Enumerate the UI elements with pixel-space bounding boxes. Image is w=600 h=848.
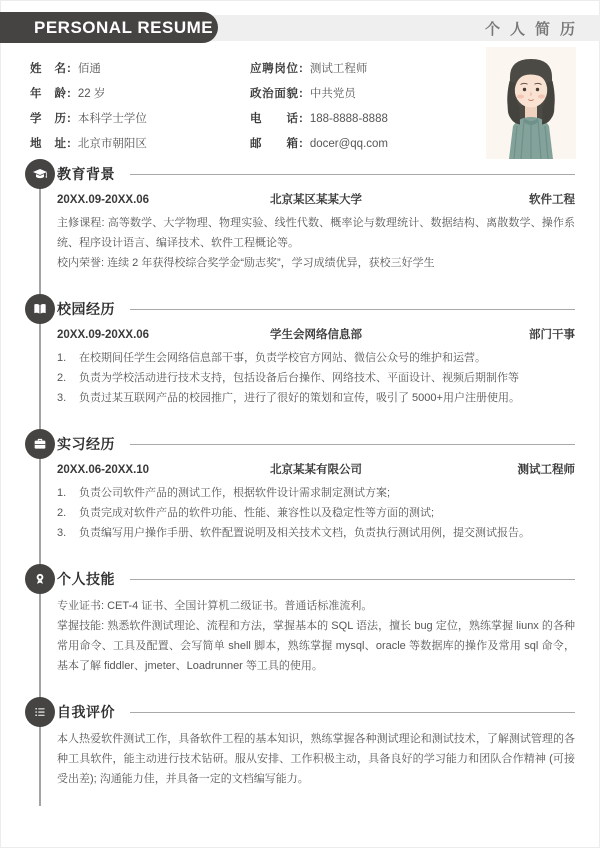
item-text: 负责完成对软件产品的软件功能、性能、兼容性以及稳定性等方面的测试; bbox=[79, 503, 575, 523]
section-internship: 实习经历 20XX.06-20XX.10 北京某某有限公司 测试工程师 1.负责… bbox=[57, 430, 575, 543]
section-rule bbox=[130, 174, 575, 175]
entry-date: 20XX.09-20XX.06 bbox=[57, 329, 270, 341]
section-header: 校园经历 bbox=[57, 295, 575, 323]
field-value: 本科学士学位 bbox=[78, 110, 147, 126]
field-label: 电话 bbox=[250, 110, 298, 126]
profile-field-age: 年龄: 22 岁 bbox=[30, 85, 240, 110]
list-item: 1.在校期间任学生会网络信息部干事，负责学校官方网站、微信公众号的维护和运营。 bbox=[57, 348, 575, 368]
education-honors: 校内荣誉: 连续 2 年获得校综合奖学金“励志奖”，学习成绩优异，获校三好学生 bbox=[57, 253, 575, 273]
list-item: 3.负责过某互联网产品的校园推广，进行了很好的策划和宣传，吸引了 5000+用户… bbox=[57, 388, 575, 408]
list-icon bbox=[25, 697, 55, 727]
profile-photo bbox=[486, 47, 576, 159]
header-title-en-text: PERSONAL RESUME bbox=[34, 18, 213, 38]
item-number: 3. bbox=[57, 523, 79, 543]
profile-field-name: 姓名: 佰通 bbox=[30, 60, 240, 85]
section-header: 自我评价 bbox=[57, 698, 575, 726]
entry-organization: 北京某某有限公司 bbox=[270, 461, 362, 477]
campus-entry: 20XX.09-20XX.06 学生会网络信息部 部门干事 bbox=[57, 326, 575, 346]
item-number: 2. bbox=[57, 368, 79, 388]
profile-field-phone: 电话: 188-8888-8888 bbox=[250, 110, 480, 135]
field-value: docer@qq.com bbox=[310, 138, 388, 150]
entry-date: 20XX.09-20XX.06 bbox=[57, 194, 270, 206]
field-value: 22 岁 bbox=[78, 85, 106, 101]
field-value: 北京市朝阳区 bbox=[78, 135, 147, 151]
profile-field-address: 地址: 北京市朝阳区 bbox=[30, 135, 240, 160]
education-courses: 主修课程: 高等数学、大学物理、物理实验、线性代数、概率论与数理统计、数据结构、… bbox=[57, 213, 575, 253]
campus-duty-list: 1.在校期间任学生会网络信息部干事，负责学校官方网站、微信公众号的维护和运营。 … bbox=[57, 348, 575, 408]
entry-date: 20XX.06-20XX.10 bbox=[57, 464, 270, 476]
field-value: 中共党员 bbox=[310, 85, 356, 101]
section-title: 个人技能 bbox=[57, 569, 115, 589]
profile-field-position: 应聘岗位: 测试工程师 bbox=[250, 60, 480, 85]
section-title: 校园经历 bbox=[57, 299, 115, 319]
field-label: 姓名 bbox=[30, 60, 66, 76]
section-education: 教育背景 20XX.09-20XX.06 北京某区某某大学 软件工程 主修课程:… bbox=[57, 160, 575, 273]
section-header: 个人技能 bbox=[57, 565, 575, 593]
profile-field-political-status: 政治面貌: 中共党员 bbox=[250, 85, 480, 110]
item-number: 1. bbox=[57, 483, 79, 503]
field-colon: : bbox=[299, 138, 303, 150]
field-colon: : bbox=[67, 63, 71, 75]
item-text: 负责为学校活动进行技术支持，包括设备后台操作、网络技术、平面设计、视频后期制作等 bbox=[79, 368, 575, 388]
field-label: 政治面貌 bbox=[250, 85, 298, 101]
field-label: 应聘岗位 bbox=[250, 60, 298, 76]
header-title-en: PERSONAL RESUME bbox=[0, 12, 218, 43]
profile-field-email: 邮箱: docer@qq.com bbox=[250, 135, 480, 160]
list-item: 2.负责为学校活动进行技术支持，包括设备后台操作、网络技术、平面设计、视频后期制… bbox=[57, 368, 575, 388]
medal-icon bbox=[25, 564, 55, 594]
header-title-zh: 个人简历 bbox=[485, 15, 585, 41]
item-number: 3. bbox=[57, 388, 79, 408]
item-number: 2. bbox=[57, 503, 79, 523]
entry-role: 软件工程 bbox=[362, 191, 575, 207]
section-rule bbox=[130, 309, 575, 310]
item-text: 在校期间任学生会网络信息部干事，负责学校官方网站、微信公众号的维护和运营。 bbox=[79, 348, 575, 368]
field-colon: : bbox=[299, 88, 303, 100]
item-text: 负责过某互联网产品的校园推广，进行了很好的策划和宣传，吸引了 5000+用户注册… bbox=[79, 388, 575, 408]
entry-role: 部门干事 bbox=[362, 326, 575, 342]
field-colon: : bbox=[67, 138, 71, 150]
profile-column-left: 姓名: 佰通 年龄: 22 岁 学历: 本科学士学位 地址: 北京市朝阳区 bbox=[30, 60, 240, 160]
graduation-cap-icon bbox=[25, 159, 55, 189]
section-header: 实习经历 bbox=[57, 430, 575, 458]
field-label: 地址 bbox=[30, 135, 66, 151]
field-label: 年龄 bbox=[30, 85, 66, 101]
item-text: 负责编写用户操作手册、软件配置说明及相关技术文档，负责执行测试用例，提交测试报告… bbox=[79, 523, 575, 543]
field-colon: : bbox=[299, 113, 303, 125]
field-label: 学历 bbox=[30, 110, 66, 126]
section-rule bbox=[130, 444, 575, 445]
section-rule bbox=[130, 579, 575, 580]
list-item: 2.负责完成对软件产品的软件功能、性能、兼容性以及稳定性等方面的测试; bbox=[57, 503, 575, 523]
section-rule bbox=[130, 712, 575, 713]
profile-field-education: 学历: 本科学士学位 bbox=[30, 110, 240, 135]
education-entry: 20XX.09-20XX.06 北京某区某某大学 软件工程 bbox=[57, 191, 575, 211]
section-self-evaluation: 自我评价 本人热爱软件测试工作，具备软件工程的基本知识，熟练掌握各种测试理论和测… bbox=[57, 698, 575, 789]
list-item: 1.负责公司软件产品的测试工作，根据软件设计需求制定测试方案; bbox=[57, 483, 575, 503]
skills-certificates: 专业证书: CET-4 证书、全国计算机二级证书。普通话标准流利。 bbox=[57, 596, 575, 616]
item-text: 负责公司软件产品的测试工作，根据软件设计需求制定测试方案; bbox=[79, 483, 575, 503]
list-item: 3.负责编写用户操作手册、软件配置说明及相关技术文档，负责执行测试用例，提交测试… bbox=[57, 523, 575, 543]
entry-organization: 北京某区某某大学 bbox=[270, 191, 362, 207]
item-number: 1. bbox=[57, 348, 79, 368]
section-campus-experience: 校园经历 20XX.09-20XX.06 学生会网络信息部 部门干事 1.在校期… bbox=[57, 295, 575, 408]
entry-role: 测试工程师 bbox=[362, 461, 575, 477]
resume-sections: 教育背景 20XX.09-20XX.06 北京某区某某大学 软件工程 主修课程:… bbox=[57, 160, 575, 811]
field-colon: : bbox=[67, 113, 71, 125]
entry-organization: 学生会网络信息部 bbox=[270, 326, 362, 342]
field-value: 测试工程师 bbox=[310, 60, 368, 76]
profile-column-right: 应聘岗位: 测试工程师 政治面貌: 中共党员 电话: 188-8888-8888… bbox=[250, 60, 480, 160]
briefcase-icon bbox=[25, 429, 55, 459]
internship-duty-list: 1.负责公司软件产品的测试工作，根据软件设计需求制定测试方案; 2.负责完成对软… bbox=[57, 483, 575, 543]
section-header: 教育背景 bbox=[57, 160, 575, 188]
field-value: 佰通 bbox=[78, 60, 101, 76]
skills-detail: 掌握技能: 熟悉软件测试理论、流程和方法，掌握基本的 SQL 语法，擅长 bug… bbox=[57, 616, 575, 676]
field-colon: : bbox=[67, 88, 71, 100]
section-title: 教育背景 bbox=[57, 164, 115, 184]
field-colon: : bbox=[299, 63, 303, 75]
section-skills: 个人技能 专业证书: CET-4 证书、全国计算机二级证书。普通话标准流利。 掌… bbox=[57, 565, 575, 676]
self-evaluation-text: 本人热爱软件测试工作，具备软件工程的基本知识，熟练掌握各种测试理论和测试技术，了… bbox=[57, 729, 575, 789]
field-value: 188-8888-8888 bbox=[310, 113, 388, 125]
section-title: 实习经历 bbox=[57, 434, 115, 454]
section-title: 自我评价 bbox=[57, 702, 115, 722]
internship-entry: 20XX.06-20XX.10 北京某某有限公司 测试工程师 bbox=[57, 461, 575, 481]
field-label: 邮箱 bbox=[250, 135, 298, 151]
avatar bbox=[486, 47, 576, 159]
open-book-icon bbox=[25, 294, 55, 324]
resume-page: PERSONAL RESUME 个人简历 姓名: 佰通 年龄: 22 岁 学历:… bbox=[0, 0, 600, 848]
